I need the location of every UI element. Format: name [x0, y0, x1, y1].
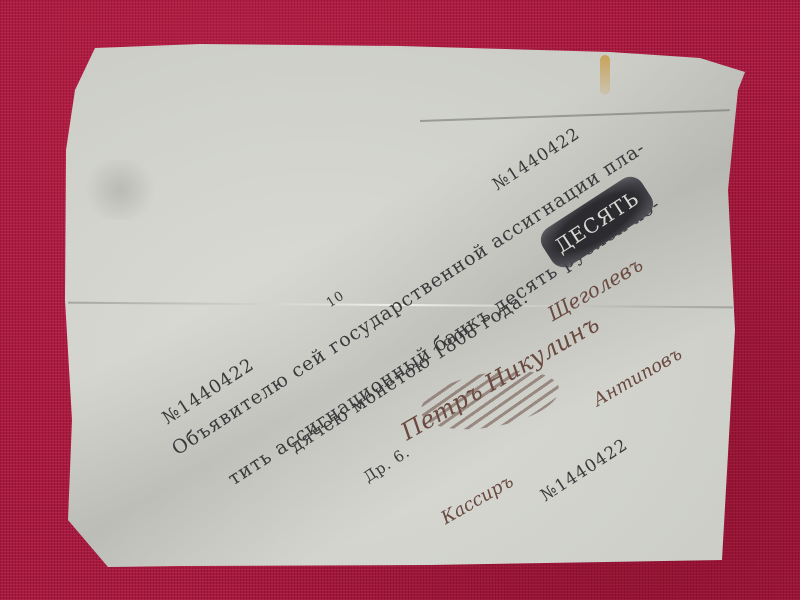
serial-number-bottom: №1440422 [537, 435, 632, 506]
signature-prefix: Др. 6. [360, 443, 413, 486]
printed-text-block: №1440422 №1440422 №1440422 10 Объявителю… [0, 0, 800, 600]
banknote: №1440422 №1440422 №1440422 10 Объявителю… [0, 0, 800, 600]
denomination-numeral: 10 [324, 288, 348, 311]
